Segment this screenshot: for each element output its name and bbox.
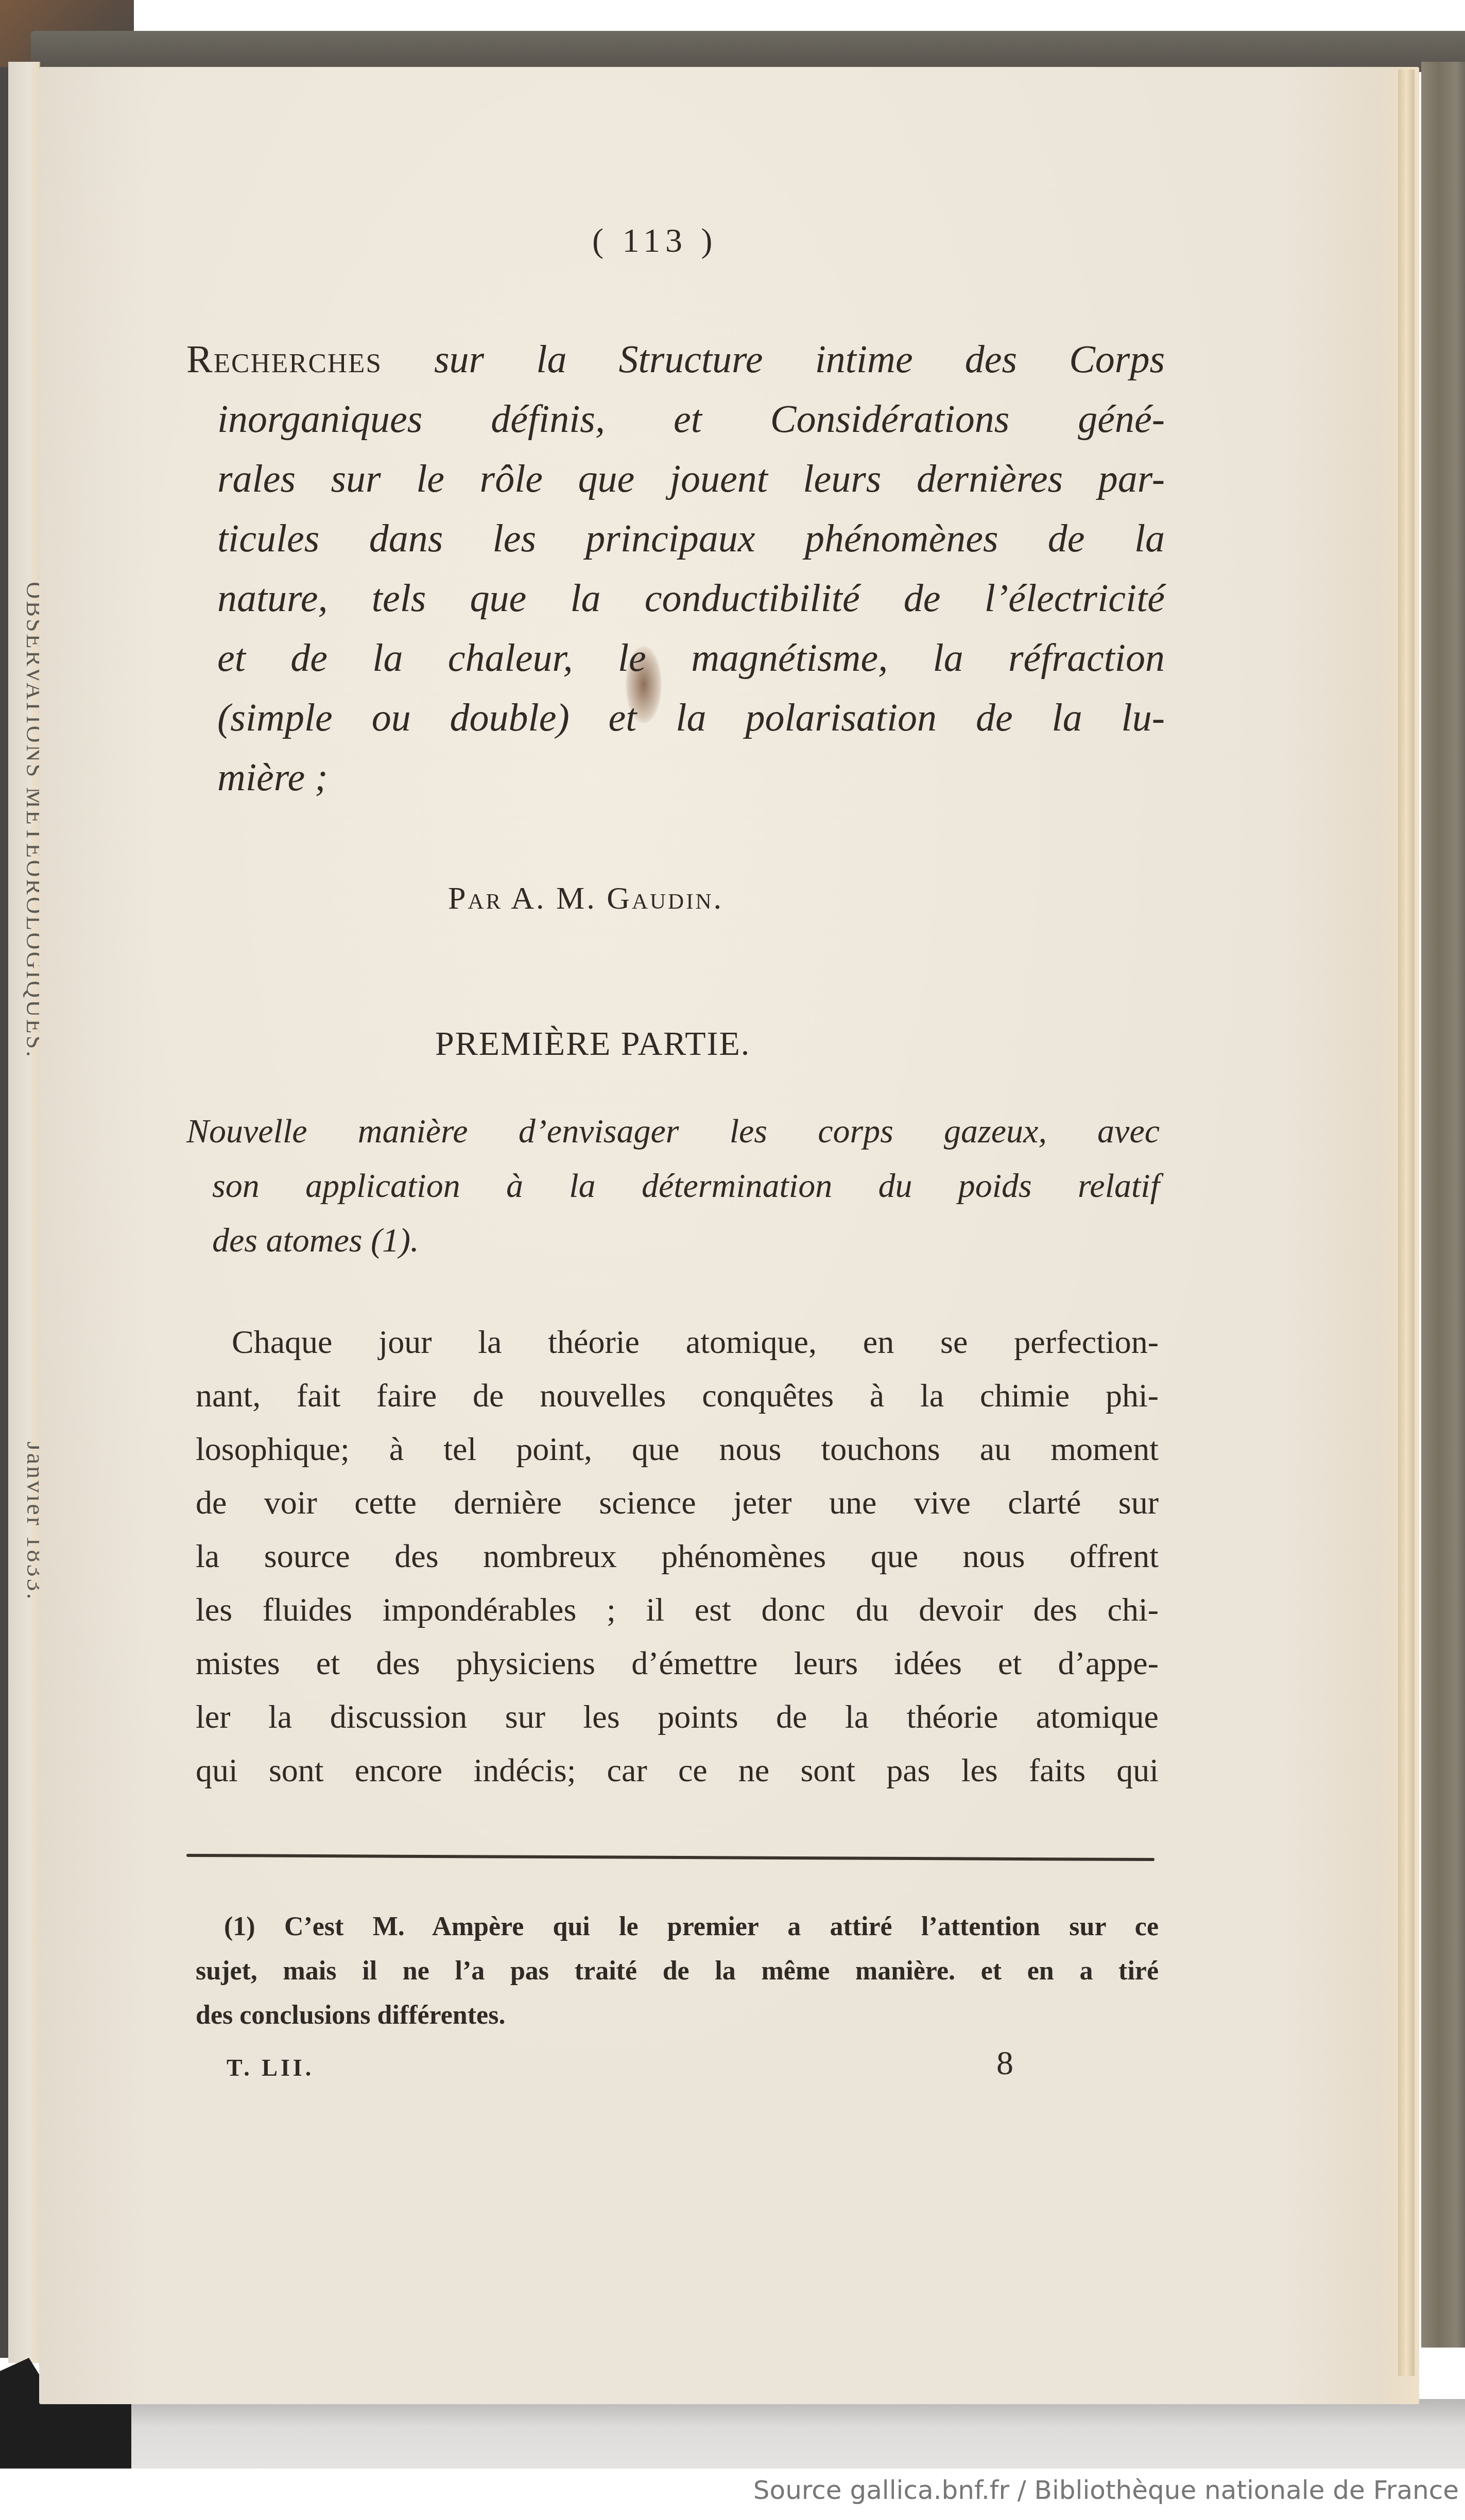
sheet-number: 8 xyxy=(996,2044,1013,2083)
body-line: qui sont encore indécis; car ce ne sont … xyxy=(196,1744,1159,1797)
body-line: nant, fait faire de nouvelles conquêtes … xyxy=(196,1369,1159,1422)
title-line: mière ; xyxy=(186,748,1165,807)
body-line: Chaque jour la théorie atomique, en se p… xyxy=(196,1315,1159,1369)
title-line: Recherches sur la Structure intime des C… xyxy=(186,329,1165,389)
source-credit: Source gallica.bnf.fr / Bibliothèque nat… xyxy=(753,2475,1459,2505)
body-line: la source des nombreux phénomènes que no… xyxy=(196,1530,1159,1583)
title-line: (simple ou double) et la polarisation de… xyxy=(186,688,1165,748)
title-line: rales sur le rôle que jouent leurs derni… xyxy=(186,449,1165,509)
footnote-line: des conclusions différentes. xyxy=(196,1993,1159,2038)
title-line: inorganiques définis, et Considérations … xyxy=(186,389,1165,449)
body-line: mistes et des physiciens d’émettre leurs… xyxy=(196,1637,1159,1690)
scanned-book-image: OBSERVATIONS MÉTÉOROLOGIQUES. Janvier 18… xyxy=(0,0,1465,2469)
subtitle-line: des atomes (1). xyxy=(186,1213,1160,1268)
title-lead-word: Recherches xyxy=(186,338,382,381)
body-line: de voir cette dernière science jeter une… xyxy=(196,1476,1159,1530)
footnote: (1) C’est M. Ampère qui le premier a att… xyxy=(196,1905,1159,2038)
title-line: ticules dans les principaux phénomènes d… xyxy=(186,509,1165,568)
article-title: Recherches sur la Structure intime des C… xyxy=(186,329,1165,807)
body-line: losophique; à tel point, que nous toucho… xyxy=(196,1422,1159,1476)
facing-page-edge: OBSERVATIONS MÉTÉOROLOGIQUES. Janvier 18… xyxy=(8,62,40,2363)
section-subtitle: Nouvelle manière d’envisager les corps g… xyxy=(186,1104,1160,1268)
title-line: nature, tels que la conductibilité de l’… xyxy=(186,568,1165,628)
footnote-line: sujet, mais il ne l’a pas traité de la m… xyxy=(196,1949,1159,1993)
book-cover-top-edge xyxy=(31,31,1465,72)
title-line: et de la chaleur, le magnétisme, la réfr… xyxy=(186,628,1165,688)
part-heading: PREMIÈRE PARTIE. xyxy=(435,1024,750,1064)
author-byline: Par A. M. Gaudin. xyxy=(448,880,723,917)
body-line: ler la discussion sur les points de la t… xyxy=(196,1690,1159,1744)
page-fore-edge xyxy=(1398,69,1415,2376)
volume-signature: T. LII. xyxy=(227,2054,314,2081)
scan-bottom-shadow xyxy=(131,2399,1465,2469)
binding-spine xyxy=(0,67,8,2358)
footnote-line: (1) C’est M. Ampère qui le premier a att… xyxy=(196,1905,1159,1949)
body-paragraph: Chaque jour la théorie atomique, en se p… xyxy=(196,1315,1159,1797)
subtitle-line: son application à la détermination du po… xyxy=(186,1159,1160,1213)
book-cover-right-edge xyxy=(1421,62,1465,2348)
body-line: les fluides impondérables ; il est donc … xyxy=(196,1583,1159,1637)
subtitle-line: Nouvelle manière d’envisager les corps g… xyxy=(186,1104,1160,1159)
page-number: ( 113 ) xyxy=(592,221,718,260)
